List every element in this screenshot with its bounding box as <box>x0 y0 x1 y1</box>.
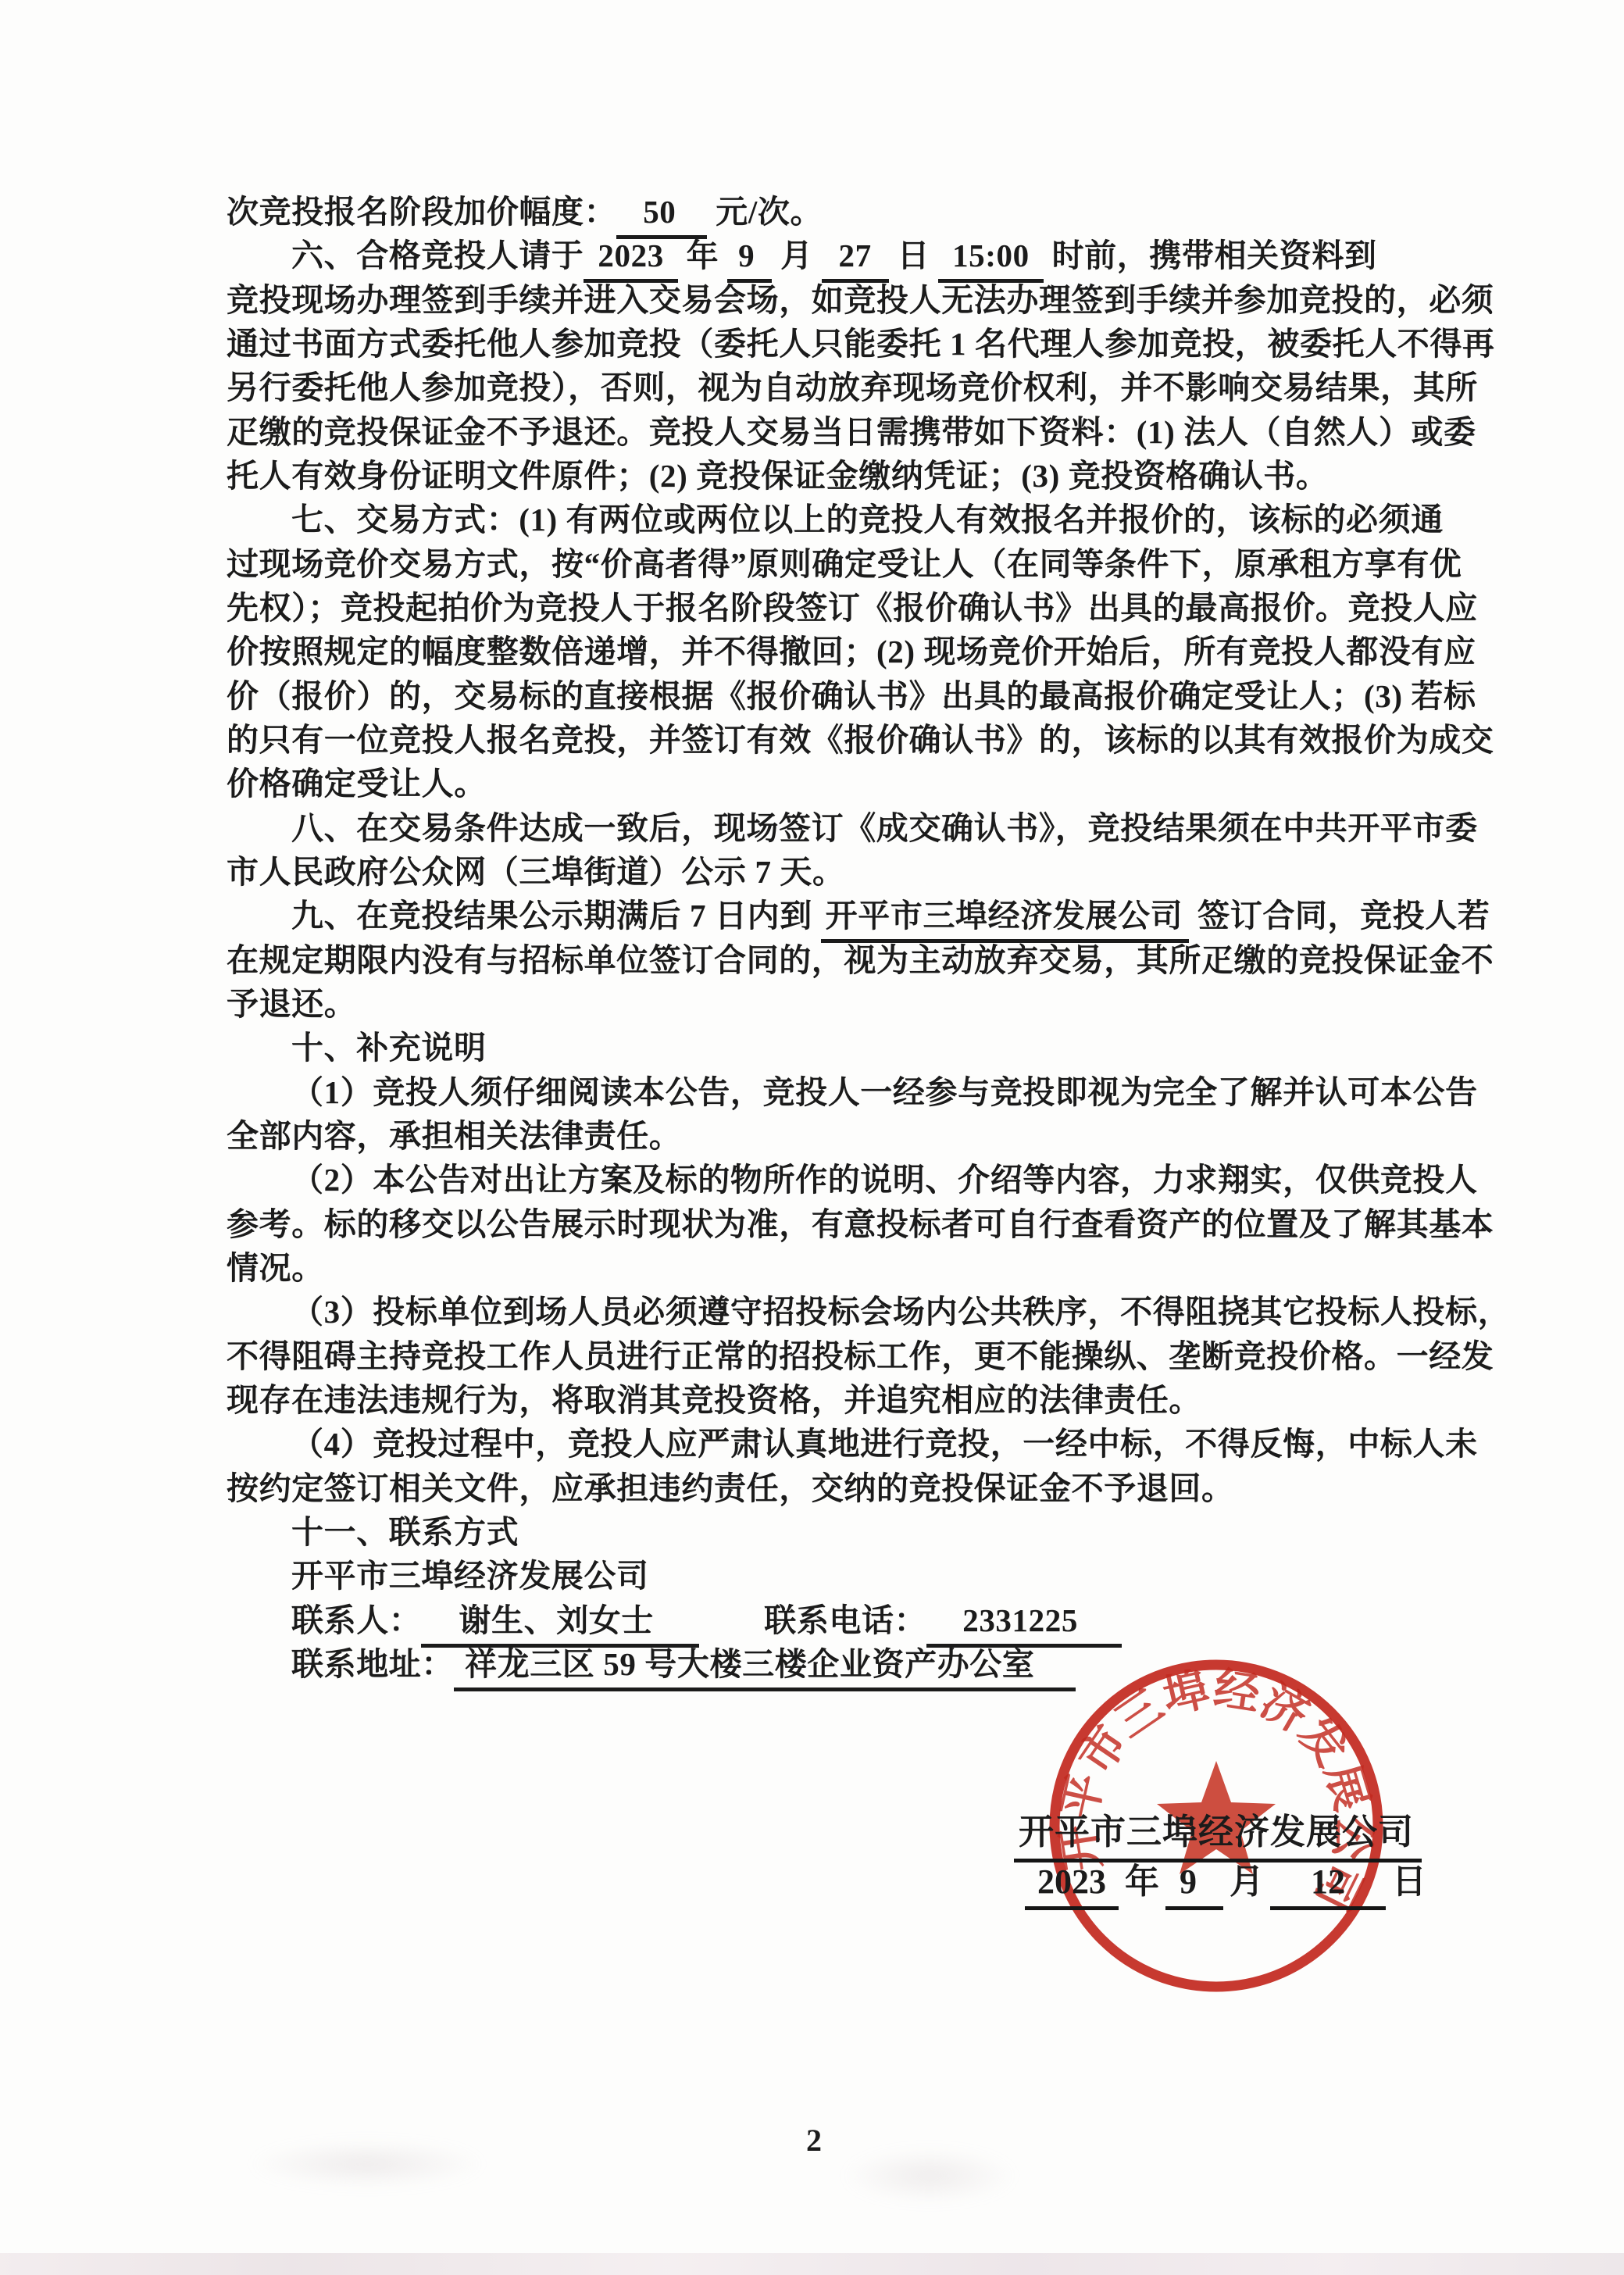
text-segment: 元/次。 <box>707 194 823 230</box>
text-segment: 年 <box>678 237 727 273</box>
fill-in-value: 9 <box>1165 1862 1223 1910</box>
year-label: 年 <box>1125 1862 1159 1901</box>
text-line: 全部内容，承担相关法律责任。 <box>227 1116 1539 1155</box>
text-segment: 现存在违法违规行为，将取消其竞投资格，并追究相应的法律责任。 <box>227 1382 1201 1418</box>
text-line: 价按照规定的幅度整数倍递增，并不得撤回；(2) 现场竞价开始后，所有竞投人都没有… <box>227 632 1539 671</box>
text-segment: 参考。标的移交以公告展示时现状为准，有意投标者可自行查看资产的位置及了解其基本 <box>227 1206 1494 1242</box>
text-segment: 不得阻碍主持竞投工作人员进行正常的招投标工作，更不能操纵、垄断竞投价格。一经发 <box>227 1338 1494 1374</box>
fill-in-value: 2023 <box>584 236 677 283</box>
text-segment: 予退还。 <box>227 986 356 1022</box>
text-line: 十、补充说明 <box>227 1028 1604 1067</box>
text-segment: 价格确定受让人。 <box>227 766 487 802</box>
text-segment: 市人民政府公众网（三埠街道）公示 7 天。 <box>227 854 845 890</box>
text-line: 先权）；竞投起拍价为竞投人于报名阶段签订《报价确认书》出具的最高报价。竞投人应 <box>227 588 1539 627</box>
text-line: 通过书面方式委托他人参加竞投（委托人只能委托 1 名代理人参加竞投，被委托人不得… <box>227 324 1539 363</box>
text-line: （3）投标单位到场人员必须遵守招投标会场内公共秩序，不得阻挠其它投标人投标， <box>227 1292 1604 1331</box>
text-line: 参考。标的移交以公告展示时现状为准，有意投标者可自行查看资产的位置及了解其基本 <box>227 1205 1539 1244</box>
text-segment: 价按照规定的幅度整数倍递增，并不得撤回；(2) 现场竞价开始后，所有竞投人都没有… <box>227 634 1476 670</box>
text-line: 市人民政府公众网（三埠街道）公示 7 天。 <box>227 852 1539 891</box>
text-segment: 月 <box>772 237 821 273</box>
text-segment: （4）竞投过程中，竞投人应严肃认真地进行竞投，一经中标，不得反悔，中标人未 <box>291 1426 1478 1462</box>
text-line: 竞投现场办理签到手续并进入交易会场，如竞投人无法办理签到手续并参加竞投的，必须 <box>227 280 1539 320</box>
text-line: 予退还。 <box>227 984 1539 1023</box>
text-line: 另行委托他人参加竞投），否则，视为自动放弃现场竞价权利，并不影响交易结果，其所 <box>227 368 1539 407</box>
text-segment: 另行委托他人参加竞投），否则，视为自动放弃现场竞价权利，并不影响交易结果，其所 <box>227 370 1478 405</box>
text-line: 托人有效身份证明文件原件；(2) 竞投保证金缴纳凭证；(3) 竞投资格确认书。 <box>227 456 1539 495</box>
fill-in-value: 谢生、刘女士 <box>421 1601 699 1648</box>
fill-in-value: 12 <box>1270 1862 1386 1910</box>
text-segment: 开平市三埠经济发展公司 <box>291 1558 649 1594</box>
text-line: 六、合格竞投人请于2023 年 9 月 27 日 15:00 时前，携带相关资料… <box>227 236 1604 283</box>
fill-in-value: 27 <box>822 236 889 283</box>
text-segment: 签订合同，竞投人若 <box>1189 898 1490 934</box>
text-line: （1）竞投人须仔细阅读本公告，竞投人一经参与竞投即视为完全了解并认可本公告 <box>227 1073 1604 1112</box>
text-segment: 情况。 <box>227 1250 324 1286</box>
fill-in-value: 祥龙三区 59 号大楼三楼企业资产办公室 <box>454 1645 1076 1691</box>
text-segment: （2）本公告对出让方案及标的物所作的说明、介绍等内容，力求翔实，仅供竞投人 <box>291 1162 1478 1198</box>
month-label: 月 <box>1230 1862 1264 1901</box>
text-segment: 价（报价）的，交易标的直接根据《报价确认书》出具的最高报价确定受让人；(3) 若… <box>227 678 1476 714</box>
fill-in-value: 开平市三埠经济发展公司 <box>821 896 1190 943</box>
text-segment: （3）投标单位到场人员必须遵守招投标会场内公共秩序，不得阻挠其它投标人投标， <box>291 1294 1510 1330</box>
text-line: 现存在违法违规行为，将取消其竞投资格，并追究相应的法律责任。 <box>227 1380 1539 1420</box>
text-line: 价（报价）的，交易标的直接根据《报价确认书》出具的最高报价确定受让人；(3) 若… <box>227 677 1539 716</box>
fill-in-value: 50 <box>616 192 707 239</box>
text-segment: （1）竞投人须仔细阅读本公告，竞投人一经参与竞投即视为完全了解并认可本公告 <box>291 1074 1478 1110</box>
text-line: 九、在竞投结果公示期满后 7 日内到 开平市三埠经济发展公司 签订合同，竞投人若 <box>227 896 1604 943</box>
text-segment: 全部内容，承担相关法律责任。 <box>227 1118 681 1154</box>
text-segment: 的只有一位竞投人报名竞投，并签订有效《报价确认书》的，该标的以其有效报价为成交 <box>227 722 1494 758</box>
text-segment: 联系人： <box>291 1602 421 1638</box>
text-segment: 六、合格竞投人请于 <box>291 237 584 273</box>
text-segment: 联系电话： <box>699 1602 926 1638</box>
text-line: 过现场竞价交易方式，按“价高者得”原则确定受让人（在同等条件下，原承租方享有优 <box>227 545 1539 584</box>
text-segment: 通过书面方式委托他人参加竞投（委托人只能委托 1 名代理人参加竞投，被委托人不得… <box>227 326 1495 362</box>
text-segment: 十、补充说明 <box>291 1030 487 1066</box>
text-segment: 十一、联系方式 <box>291 1514 519 1550</box>
text-line: 联系人：谢生、刘女士 联系电话：2331225 <box>227 1601 1604 1648</box>
text-line: 十一、联系方式 <box>227 1512 1604 1552</box>
text-segment: 九、在竞投结果公示期满后 7 日内到 <box>291 898 821 934</box>
fill-in-value: 15:00 <box>938 236 1044 283</box>
text-line: 按约定签订相关文件，应承担违约责任，交纳的竞投保证金不予退回。 <box>227 1469 1539 1508</box>
scan-smudge <box>250 2141 484 2187</box>
text-segment: 竞投现场办理签到手续并进入交易会场，如竞投人无法办理签到手续并参加竞投的，必须 <box>227 282 1494 318</box>
text-line: 八、在交易条件达成一致后，现场签订《成交确认书》，竞投结果须在中共开平市委 <box>227 809 1604 848</box>
text-segment: 联系地址： <box>291 1646 454 1682</box>
text-segment: 七、交易方式：(1) 有两位或两位以上的竞投人有效报名并报价的，该标的必须通 <box>291 502 1444 537</box>
text-line: 开平市三埠经济发展公司 <box>227 1556 1604 1595</box>
text-line: 疋缴的竞投保证金不予退还。竞投人交易当日需携带如下资料：(1) 法人（自然人）或… <box>227 412 1539 452</box>
text-segment: 按约定签订相关文件，应承担违约责任，交纳的竞投保证金不予退回。 <box>227 1470 1234 1506</box>
scanned-document-page: 次竞投报名阶段加价幅度：50 元/次。六、合格竞投人请于2023 年 9 月 2… <box>0 0 1624 2275</box>
text-line: 不得阻碍主持竞投工作人员进行正常的招投标工作，更不能操纵、垄断竞投价格。一经发 <box>227 1337 1539 1376</box>
text-line: 次竞投报名阶段加价幅度：50 元/次。 <box>227 192 1539 239</box>
text-line: 七、交易方式：(1) 有两位或两位以上的竞投人有效报名并报价的，该标的必须通 <box>227 500 1604 539</box>
text-line: 联系地址：祥龙三区 59 号大楼三楼企业资产办公室 <box>227 1645 1604 1691</box>
text-line: 价格确定受让人。 <box>227 764 1539 803</box>
text-line: （2）本公告对出让方案及标的物所作的说明、介绍等内容，力求翔实，仅供竞投人 <box>227 1160 1604 1199</box>
fill-in-value: 2331225 <box>926 1601 1122 1648</box>
signature-date: 2023年9月12日 <box>1025 1853 1433 1910</box>
fill-in-value: 2023 <box>1025 1862 1119 1910</box>
day-label: 日 <box>1392 1862 1426 1901</box>
text-segment: 日 <box>889 237 938 273</box>
text-segment: 八、在交易条件达成一致后，现场签订《成交确认书》，竞投结果须在中共开平市委 <box>291 810 1478 846</box>
text-segment: 过现场竞价交易方式，按“价高者得”原则确定受让人（在同等条件下，原承租方享有优 <box>227 546 1462 582</box>
scan-smudge <box>844 2148 1015 2203</box>
scan-artifact-band <box>0 2253 1624 2275</box>
text-line: 的只有一位竞投人报名竞投，并签订有效《报价确认书》的，该标的以其有效报价为成交 <box>227 720 1539 759</box>
text-segment: 托人有效身份证明文件原件；(2) 竞投保证金缴纳凭证；(3) 竞投资格确认书。 <box>227 458 1329 494</box>
fill-in-value: 9 <box>727 236 772 283</box>
text-segment: 在规定期限内没有与招标单位签订合同的，视为主动放弃交易，其所疋缴的竞投保证金不 <box>227 942 1494 978</box>
text-segment: 疋缴的竞投保证金不予退还。竞投人交易当日需携带如下资料：(1) 法人（自然人）或… <box>227 414 1476 450</box>
text-segment: 时前，携带相关资料到 <box>1044 237 1377 273</box>
text-segment: 先权）；竞投起拍价为竞投人于报名阶段签订《报价确认书》出具的最高报价。竞投人应 <box>227 590 1478 626</box>
text-segment: 次竞投报名阶段加价幅度： <box>227 194 616 230</box>
text-line: 在规定期限内没有与招标单位签订合同的，视为主动放弃交易，其所疋缴的竞投保证金不 <box>227 941 1539 980</box>
text-line: 情况。 <box>227 1248 1539 1287</box>
text-line: （4）竞投过程中，竞投人应严肃认真地进行竞投，一经中标，不得反悔，中标人未 <box>227 1424 1604 1463</box>
page-number: 2 <box>806 2122 822 2159</box>
